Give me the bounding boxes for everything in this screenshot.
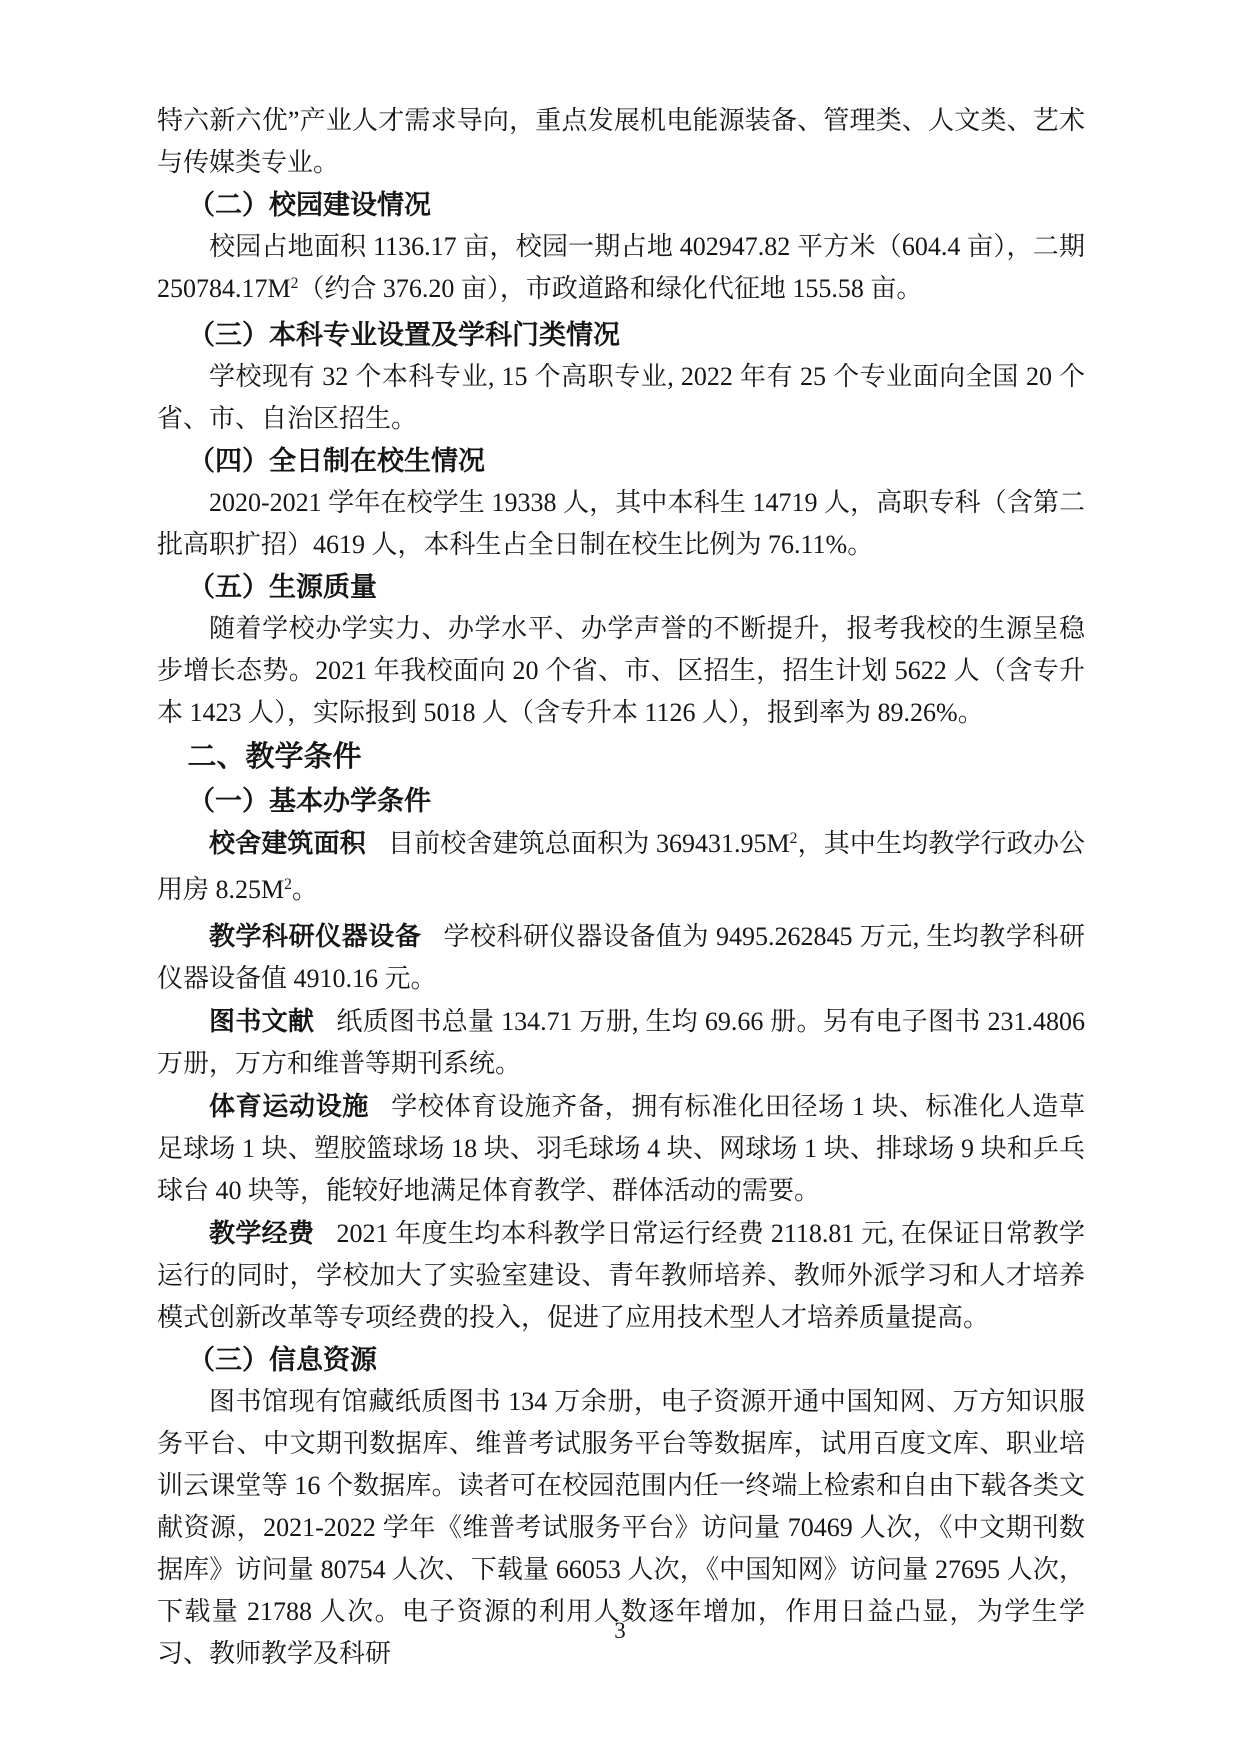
text-run: 二、教学条件	[187, 741, 361, 773]
paragraph: 随着学校办学实力、办学水平、办学声誉的不断提升，报考我校的生源呈稳步增长态势。2…	[157, 608, 1085, 734]
paragraph: 特六新六优”产业人才需求导向，重点发展机电能源装备、管理类、人文类、艺术与传媒类…	[157, 100, 1085, 184]
paragraph: 体育运动设施学校体育设施齐备，拥有标准化田径场 1 块、标准化人造草足球场 1 …	[157, 1085, 1085, 1212]
text-run: （二）校园建设情况	[188, 190, 431, 220]
text-run: 随着学校办学实力、办学水平、办学声誉的不断提升，报考我校的生源呈稳步增长态势。2…	[157, 614, 1085, 727]
section-heading: （五）生源质量	[157, 566, 1085, 608]
text-run: 目前校舍建筑总面积为 369431.95M	[388, 829, 790, 858]
paragraph: 学校现有 32 个本科专业, 15 个高职专业, 2022 年有 25 个专业面…	[157, 356, 1085, 440]
paragraph: 教学科研仪器设备学校科研仪器设备值为 9495.262845 万元, 生均教学科…	[157, 915, 1085, 1000]
term-label: 校舍建筑面积	[209, 828, 366, 858]
term-label: 体育运动设施	[209, 1091, 369, 1121]
paragraph: 校舍建筑面积目前校舍建筑总面积为 369431.95M2，其中生均教学行政办公用…	[157, 822, 1085, 915]
paragraph: 教学经费2021 年度生均本科教学日常运行经费 2118.81 元, 在保证日常…	[157, 1212, 1085, 1339]
term-label: 图书文献	[209, 1006, 314, 1036]
superscript: 2	[790, 830, 798, 847]
text-run: 。	[292, 875, 318, 904]
paragraph: 图书文献纸质图书总量 134.71 万册, 生均 69.66 册。另有电子图书 …	[157, 1000, 1085, 1085]
text-run: 2020-2021 学年在校学生 19338 人，其中本科生 14719 人，高…	[157, 488, 1085, 559]
superscript: 2	[291, 275, 299, 292]
text-run: （约合 376.20 亩），市政道路和绿化代征地 155.58 亩。	[298, 274, 922, 303]
paragraph: 校园占地面积 1136.17 亩，校园一期占地 402947.82 平方米（60…	[157, 226, 1085, 314]
text-run: （三）本科专业设置及学科门类情况	[188, 320, 620, 350]
text-run: （五）生源质量	[188, 572, 377, 602]
text-run: 学校现有 32 个本科专业, 15 个高职专业, 2022 年有 25 个专业面…	[157, 362, 1085, 433]
page-number: 3	[0, 1618, 1240, 1644]
document-body: 特六新六优”产业人才需求导向，重点发展机电能源装备、管理类、人文类、艺术与传媒类…	[157, 100, 1085, 1675]
text-run: 特六新六优”产业人才需求导向，重点发展机电能源装备、管理类、人文类、艺术与传媒类…	[157, 106, 1085, 177]
chapter-heading: 二、教学条件	[157, 734, 1085, 780]
section-heading: （三）本科专业设置及学科门类情况	[157, 314, 1085, 356]
text-run: （三）信息资源	[188, 1345, 377, 1375]
section-heading: （二）校园建设情况	[157, 184, 1085, 226]
text-run: （一）基本办学条件	[188, 786, 431, 816]
section-heading: （四）全日制在校生情况	[157, 440, 1085, 482]
term-label: 教学科研仪器设备	[209, 921, 421, 951]
paragraph: 2020-2021 学年在校学生 19338 人，其中本科生 14719 人，高…	[157, 482, 1085, 566]
text-run: （四）全日制在校生情况	[188, 446, 485, 476]
superscript: 2	[284, 876, 292, 893]
section-heading: （三）信息资源	[157, 1339, 1085, 1381]
section-heading: （一）基本办学条件	[157, 780, 1085, 822]
document-page: 特六新六优”产业人才需求导向，重点发展机电能源装备、管理类、人文类、艺术与传媒类…	[0, 0, 1240, 1753]
term-label: 教学经费	[209, 1218, 314, 1248]
